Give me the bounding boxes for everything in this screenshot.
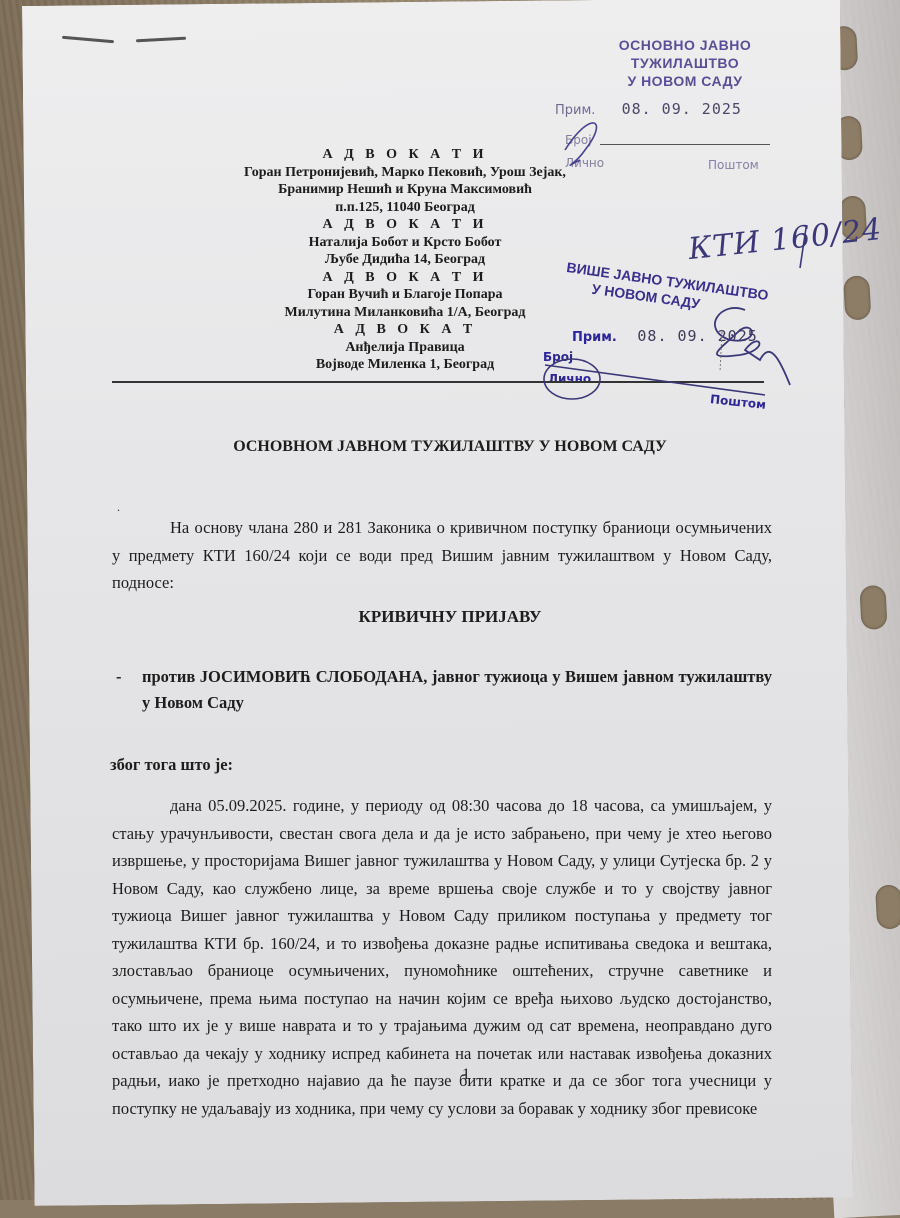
stamp-number-label: Број [565,133,592,147]
body-paragraph: дана 05.09.2025. године, у периоду од 08… [112,792,772,1122]
letterhead-names: Бранимир Нешић и Круна Максимовић [230,181,580,199]
dot-mark: . [117,500,120,515]
stamp-received-label: Прим. [555,103,595,118]
letterhead-names: Анђелија Правица [230,339,580,357]
page-number: 1 [462,1066,470,1084]
stamp-org-line1: ОСНОВНО ЈАВНО ТУЖИЛАШТВО [565,36,805,72]
letterhead-role: А Д В О К А Т [230,321,580,339]
letterhead-divider [112,381,764,383]
letterhead-role: А Д В О К А Т И [230,269,580,287]
letterhead-address: Милутина Миланковића 1/А, Београд [230,304,580,322]
stamp-received-date: 08. 09. 2025 [622,100,742,118]
letterhead-names: Горан Вучић и Благоје Попара [230,286,580,304]
against-item: - против ЈОСИМОВИЋ СЛОБОДАНА, јавног туж… [132,664,772,716]
because-label: због тога што је: [110,755,233,775]
stamp-personal-label: Лично [548,372,591,386]
document-page: ОСНОВНО ЈАВНО ТУЖИЛАШТВО У НОВОМ САДУ Пр… [0,0,900,1200]
letterhead-address: п.п.125, 11040 Београд [230,199,580,217]
against-text: против ЈОСИМОВИЋ СЛОБОДАНА, јавног тужио… [132,664,772,716]
letterhead-role: А Д В О К А Т И [230,146,580,164]
letterhead: А Д В О К А Т И Горан Петронијевић, Марк… [230,146,580,374]
document-title: КРИВИЧНУ ПРИЈАВУ [0,607,900,627]
stamp-higher-received-row: Прим. 08. 09. 2025 [572,327,758,345]
stamp-by-mail-label: Поштом [709,392,766,412]
bullet: - [116,664,122,690]
letterhead-names: Горан Петронијевић, Марко Пековић, Урош … [230,164,580,182]
letterhead-address: Војводе Миленка 1, Београд [230,356,580,374]
stamp-by-mail-label: Поштом [708,158,759,172]
stamp-org-line2: У НОВОМ САДУ [565,72,805,90]
handwritten-case-number: КТИ 160/24 [687,212,884,267]
addressee: ОСНОВНОМ ЈАВНОМ ТУЖИЛАШТВУ У НОВОМ САДУ [0,438,900,456]
stamp-received-row: Прим. 08. 09. 2025 [555,100,805,118]
stamp-number-line [600,144,770,145]
stamp-received-date: 08. 09. 2025 [637,327,757,345]
stamp-higher-prosecutor: ВИШЕ ЈАВНО ТУЖИЛАШТВО У НОВОМ САДУ [563,258,786,324]
stamp-basic-prosecutor: ОСНОВНО ЈАВНО ТУЖИЛАШТВО У НОВОМ САДУ Пр… [565,36,805,118]
letterhead-role: А Д В О К А Т И [230,216,580,234]
intro-paragraph: На основу члана 280 и 281 Законика о кри… [112,514,772,597]
letterhead-names: Наталија Бобот и Крсто Бобот [230,234,580,252]
letterhead-address: Љубе Дидића 14, Београд [230,251,580,269]
